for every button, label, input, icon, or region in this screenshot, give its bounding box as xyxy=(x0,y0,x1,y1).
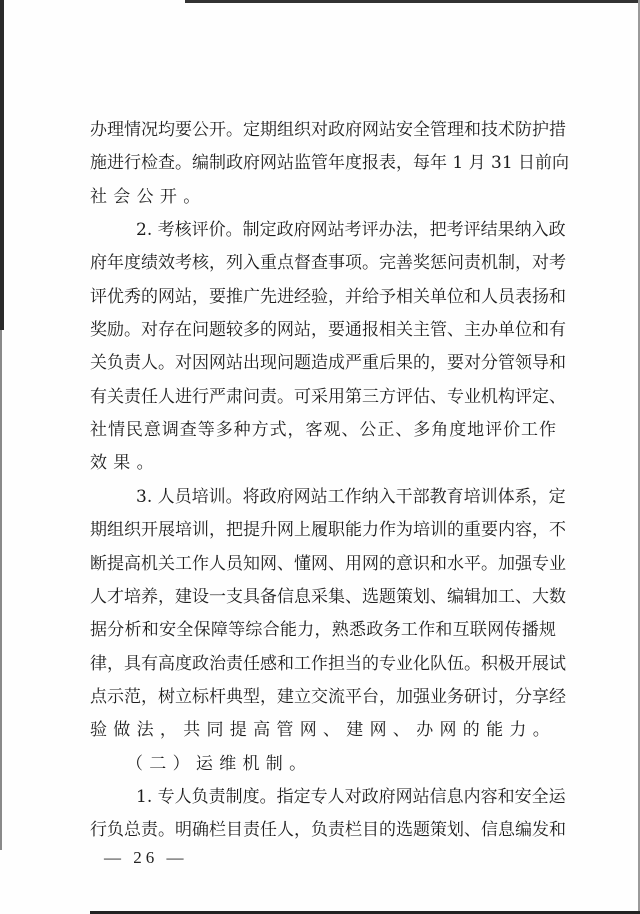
body-text-line: 验做法，共同提高管网、建网、办网的能力。 xyxy=(90,718,556,742)
body-text-line: 行负总责。明确栏目责任人，负责栏目的选题策划、信息编发和 xyxy=(90,818,556,842)
body-text-line: 社会公开。 xyxy=(90,185,556,209)
body-text-line: 关负责人。对因网站出现问题造成严重后果的，要对分管领导和 xyxy=(90,351,556,375)
body-text-line: 办理情况均要公开。定期组织对政府网站安全管理和技术防护措 xyxy=(90,118,556,142)
body-text-line: 据分析和安全保障等综合能力，熟悉政务工作和互联网传播规 xyxy=(90,618,556,642)
body-text-line: 府年度绩效考核，列入重点督查事项。完善奖惩问责机制，对考 xyxy=(90,251,556,275)
body-text-line: 社情民意调查等多种方式，客观、公正、多角度地评价工作 xyxy=(90,418,556,442)
body-text-line: 评优秀的网站，要推广先进经验，并给予相关单位和人员表扬和 xyxy=(90,285,556,309)
scan-edge-left-lower xyxy=(0,330,2,850)
list-item-heading-responsibility: 1. 专人负责制度。指定专人对政府网站信息内容和安全运 xyxy=(136,785,556,809)
body-text-line: 人才培养，建设一支具备信息采集、选题策划、编辑加工、大数 xyxy=(90,585,556,609)
scan-edge-left xyxy=(0,0,4,330)
body-text-line: 奖励。对存在问题较多的网站，要通报相关主管、主办单位和有 xyxy=(90,318,556,342)
body-text-line: 律，具有高度政治责任感和工作担当的专业化队伍。积极开展试 xyxy=(90,652,556,676)
scanned-page: 办理情况均要公开。定期组织对政府网站安全管理和技术防护措 施进行检查。编制政府网… xyxy=(0,0,640,914)
body-text-line: 点示范，树立标杆典型，建立交流平台，加强业务研讨，分享经 xyxy=(90,685,556,709)
list-item-heading-assessment: 2. 考核评价。制定政府网站考评办法，把考评结果纳入政 xyxy=(136,218,556,242)
body-text-line: 期组织开展培训，把提升网上履职能力作为培训的重要内容，不 xyxy=(90,518,556,542)
body-text-line: 施进行检查。编制政府网站监管年度报表，每年 1 月 31 日前向 xyxy=(90,151,556,175)
body-text-line: 断提高机关工作人员知网、懂网、用网的意识和水平。加强专业 xyxy=(90,552,556,576)
list-item-heading-training: 3. 人员培训。将政府网站工作纳入干部教育培训体系，定 xyxy=(136,485,556,509)
page-number: — 26 — xyxy=(104,846,188,870)
section-heading-ops-mechanism: （二）运维机制。 xyxy=(126,752,592,776)
body-text-line: 效果。 xyxy=(90,451,556,475)
scan-edge-top xyxy=(185,0,640,3)
body-text-line: 有关责任人进行严肃问责。可采用第三方评估、专业机构评定、 xyxy=(90,385,556,409)
